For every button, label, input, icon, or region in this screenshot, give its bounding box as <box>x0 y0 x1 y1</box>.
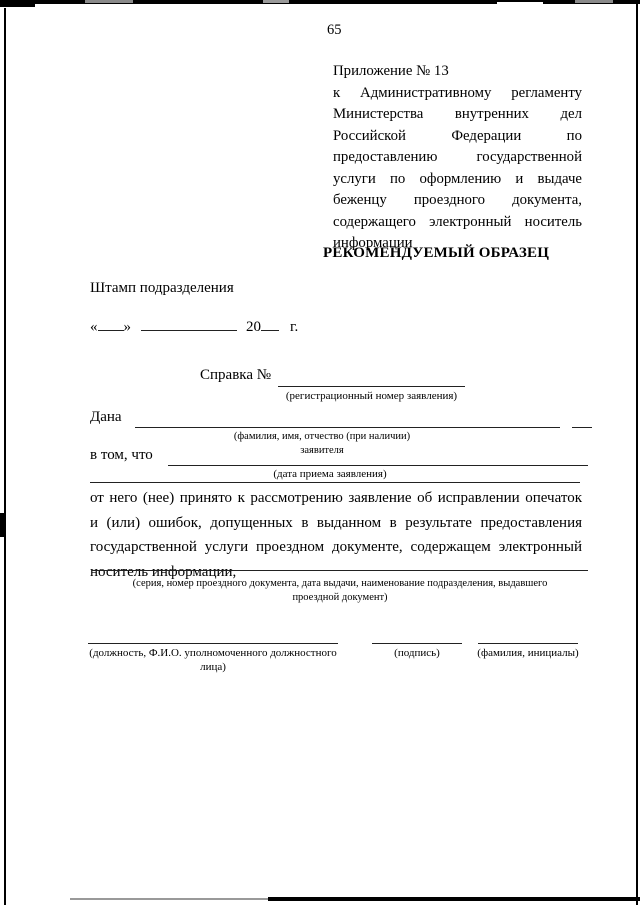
travel-document-blank-field <box>92 570 588 571</box>
body-line: и (или) ошибок, допущенных в выданном в … <box>90 511 582 536</box>
recommended-sample-heading: РЕКОМЕНДУЕМЫЙ ОБРАЗЕЦ <box>323 245 549 262</box>
scan-edge-artifact <box>0 513 6 537</box>
scan-border-left <box>4 8 6 905</box>
stamp-label: Штамп подразделения <box>90 280 234 297</box>
appendix-line: Российской Федерации по <box>333 126 582 148</box>
scan-border-right <box>636 0 638 905</box>
body-line: от него (нее) принято к рассмотрению зая… <box>90 486 582 511</box>
acceptance-date-caption: (дата приема заявления) <box>180 468 480 482</box>
signature-caption: (подпись) <box>372 647 462 661</box>
appendix-line: услуги по оформлению и выдаче <box>333 169 582 191</box>
year-century: 20 <box>246 319 261 335</box>
certificate-number-caption: (регистрационный номер заявления) <box>278 390 465 404</box>
scan-border-bottom-faint <box>70 898 268 900</box>
surname-initials-blank-field <box>478 643 578 644</box>
appendix-line: беженцу проездного документа, <box>333 190 582 212</box>
official-signature-blank-field <box>88 643 338 644</box>
appendix-line: предоставлению государственной <box>333 147 582 169</box>
close-quote: » <box>124 319 132 335</box>
acceptance-label: в том, что <box>90 447 153 464</box>
scan-border-top-gap <box>497 2 543 4</box>
year-blank-field <box>261 316 279 331</box>
appendix-title-line: Приложение № 13 <box>333 61 582 83</box>
scanned-document-page: 65 Приложение № 13 к Административному р… <box>0 0 640 905</box>
travel-document-caption-line1: (серия, номер проездного документа, дата… <box>100 577 580 591</box>
applicant-name-blank-field <box>135 427 560 428</box>
open-quote: « <box>90 319 98 335</box>
travel-document-caption: (серия, номер проездного документа, дата… <box>100 577 580 604</box>
applicant-name-caption: (фамилия, имя, отчество (при наличии) за… <box>212 430 432 457</box>
month-blank-field <box>141 316 237 331</box>
continuation-blank-line <box>90 482 580 483</box>
scan-corner-mark <box>0 0 35 7</box>
certificate-number-blank-field <box>278 386 465 387</box>
certificate-number-label: Справка № <box>200 367 271 384</box>
appendix-line: содержащего электронный носитель <box>333 212 582 234</box>
scan-border-top-gap <box>263 0 289 3</box>
year-suffix: г. <box>290 319 298 335</box>
surname-initials-caption: (фамилия, инициалы) <box>468 647 588 661</box>
travel-document-caption-line2: проездной документ) <box>100 591 580 605</box>
appendix-line: к Административному регламенту <box>333 83 582 105</box>
acceptance-date-blank-field <box>168 465 588 466</box>
date-line: «»20г. <box>90 316 298 335</box>
issued-to-label: Дана <box>90 409 122 426</box>
scan-border-top-gap <box>85 0 133 3</box>
official-position-caption: (должность, Ф.И.О. уполномоченного должн… <box>88 647 338 674</box>
scan-border-top-gap <box>575 0 613 3</box>
body-line: государственной услуги проездном докумен… <box>90 535 582 560</box>
appendix-header-block: Приложение № 13 к Административному регл… <box>333 61 582 255</box>
page-number: 65 <box>327 22 342 39</box>
applicant-name-blank-field-end <box>572 427 592 428</box>
day-blank-field <box>98 316 124 331</box>
appendix-line: Министерства внутренних дел <box>333 104 582 126</box>
signature-blank-field <box>372 643 462 644</box>
scan-border-bottom <box>268 897 640 901</box>
